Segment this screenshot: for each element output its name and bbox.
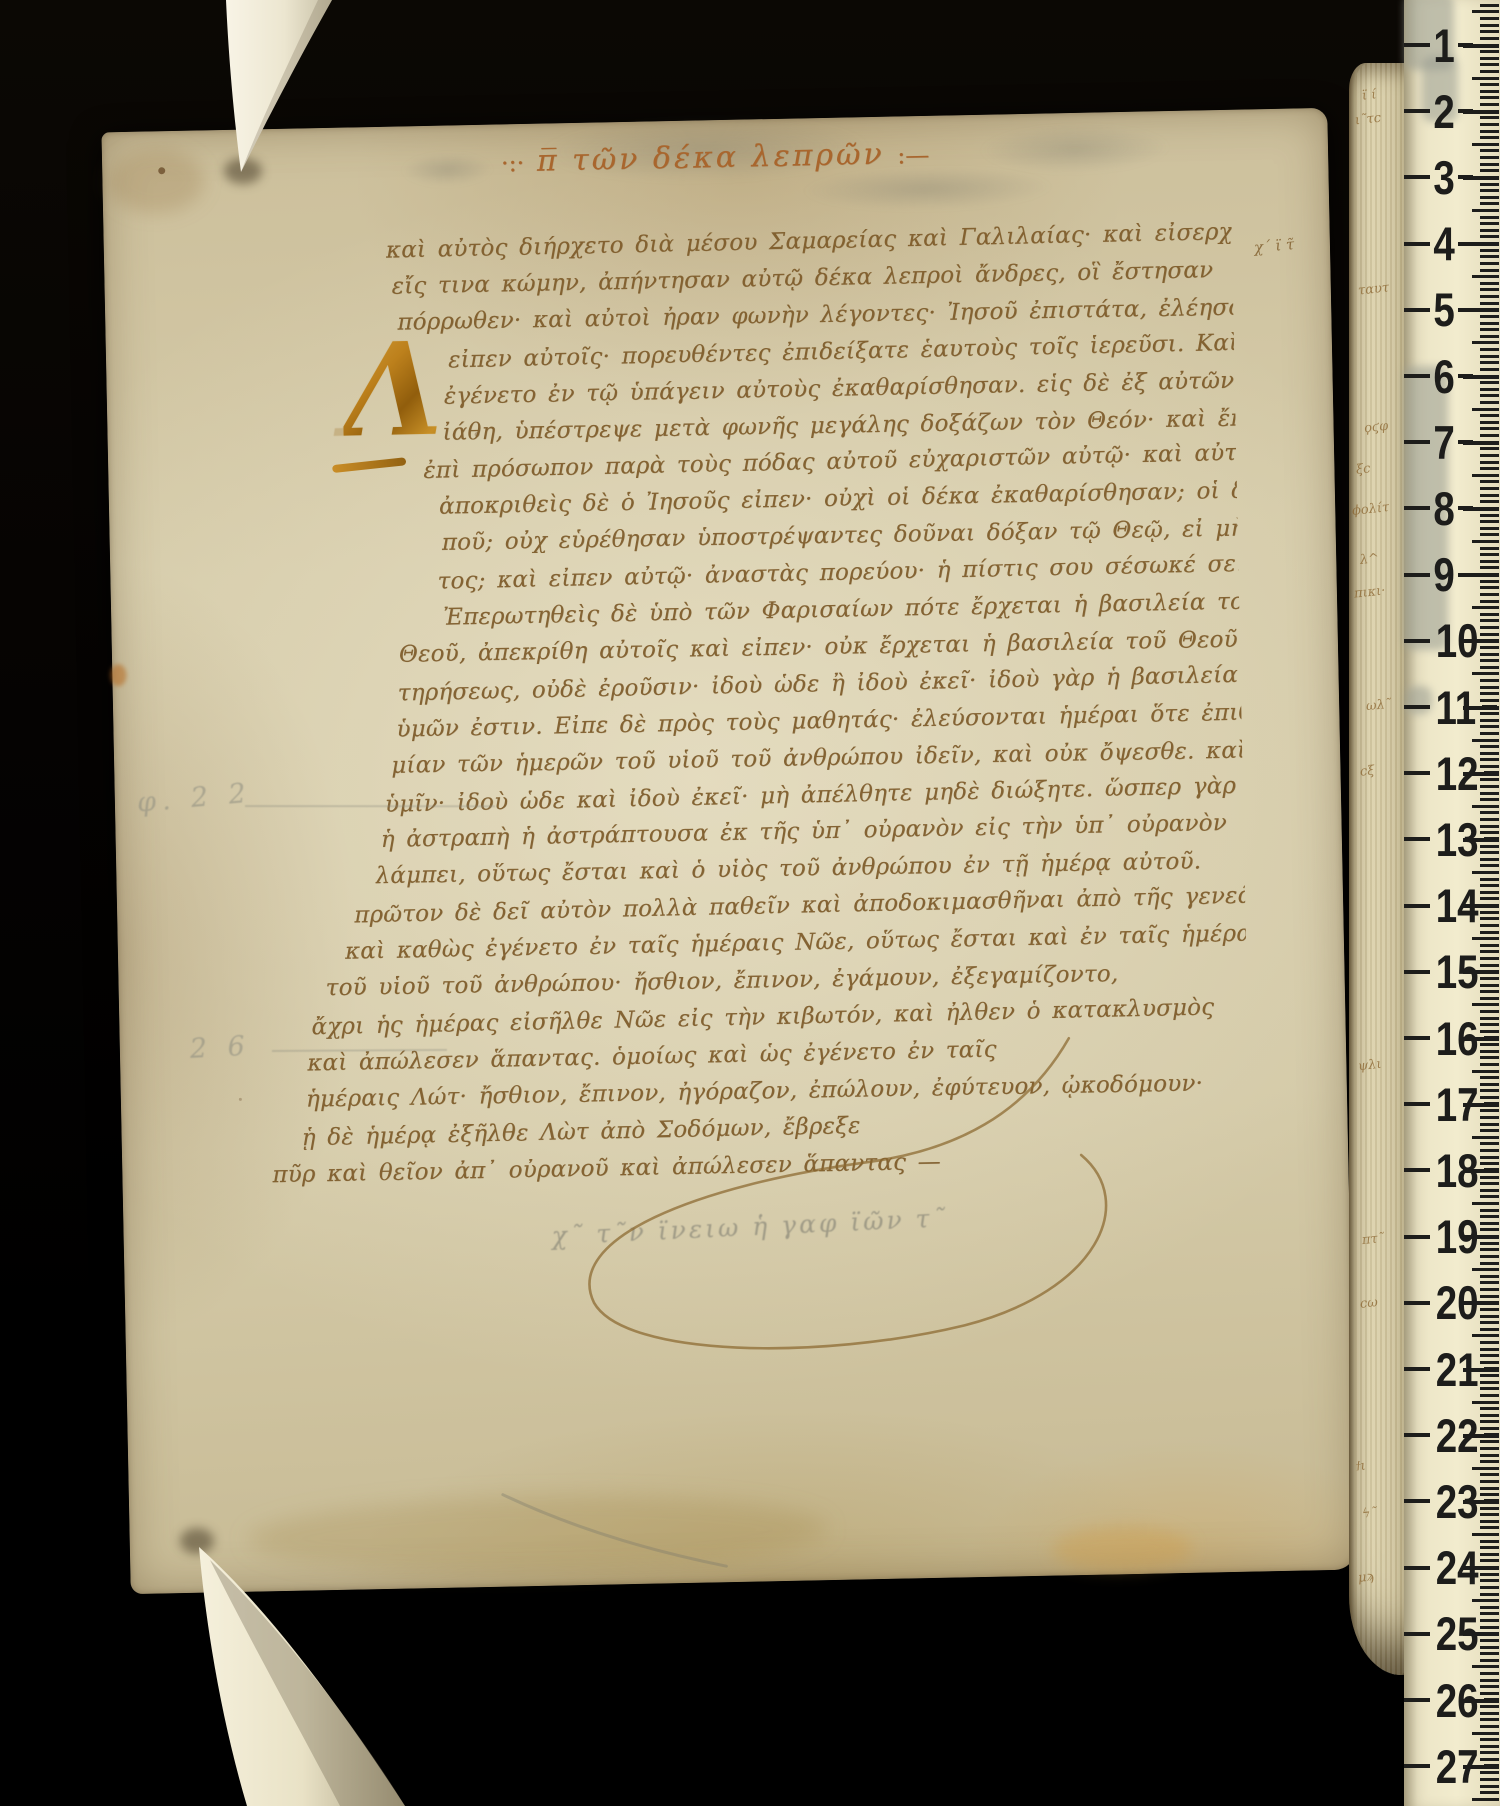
ruler-tick: [1480, 811, 1499, 814]
ruler-tick: [1480, 831, 1499, 834]
ruler-tick: [1472, 275, 1499, 278]
ruler-tick: [1480, 295, 1499, 298]
ruler-tick: [1480, 255, 1499, 258]
ruler-tick: [1480, 461, 1499, 464]
ruler-tick: [1463, 1301, 1499, 1305]
ruler-tick: [1463, 1235, 1499, 1239]
ruler-tick: [1463, 1765, 1499, 1769]
ruler-tick: [1472, 1003, 1499, 1006]
ruler-tick: [1480, 1646, 1499, 1649]
ruler-tick: [1480, 1480, 1499, 1483]
ruler-tick: [1472, 937, 1499, 940]
ruler-tick: [1480, 1063, 1499, 1066]
ruler-tick: [1480, 1341, 1499, 1344]
ruler-tick: [1463, 1368, 1499, 1372]
ruler-number: 5: [1433, 286, 1454, 333]
ruler-tick: [1480, 626, 1499, 629]
ruler-dash: [1404, 1566, 1430, 1570]
ruler-tick: [1480, 1487, 1499, 1490]
ruler-tick: [1463, 507, 1499, 511]
ruler-number: 7: [1433, 419, 1454, 466]
ruler-number: 8: [1433, 485, 1454, 532]
ruler-tick: [1463, 706, 1499, 710]
ruler-dash: [1404, 639, 1430, 643]
ruler-tick: [1472, 1732, 1499, 1735]
folio-fore-edge: ϊ ίι῀τϲταυτϙϛφξϲϕολίτλ^πικι·ωλ῀ϲξψλιπτ῀ϲ…: [1349, 63, 1411, 1675]
photo-backdrop: ·:· π̅ τῶν δέκα λεπρῶν :— Λ καὶ αὐτὸς δι…: [0, 0, 1500, 1806]
ruler-tick: [1463, 573, 1499, 577]
ruler-tick: [1472, 739, 1499, 742]
ruler-tick: [1472, 1136, 1499, 1139]
ruler-number: 6: [1433, 353, 1454, 400]
ruler-number: 2: [1433, 88, 1454, 135]
ruler-tick: [1480, 1089, 1499, 1092]
manuscript-text-line: καὶ καθὼς ἐγένετο ἐν ταῖς ἡμέραις Νῶε, ο…: [345, 923, 1246, 964]
ruler-tick: [1480, 752, 1499, 755]
ruler-tick: [1480, 1308, 1499, 1311]
ruler-tick: [1480, 361, 1499, 364]
manuscript-text-line: ὑμῶν ἐστιν. Εἶπε δὲ πρὸς τοὺς μαθητάς· ἐ…: [396, 701, 1241, 741]
ruler-tick: [1480, 1612, 1499, 1615]
ruler-tick: [1480, 825, 1499, 828]
ruler-tick: [1480, 1626, 1499, 1629]
ruler-tick: [1480, 414, 1499, 417]
ruler-tick: [1480, 83, 1499, 86]
ruler-dash: [1404, 1036, 1430, 1040]
ruler-tick: [1480, 427, 1499, 430]
ruler-tick: [1480, 699, 1499, 702]
manuscript-text-line: πόρρωθεν· καὶ αὐτοὶ ἦραν φωνὴν λέγοντες·…: [397, 296, 1233, 334]
ruler-tick: [1480, 1129, 1499, 1132]
ruler-tick: [1480, 1228, 1499, 1231]
ruler-tick: [1480, 1586, 1499, 1589]
ruler-tick: [1480, 130, 1499, 133]
ruler-tick: [1480, 90, 1499, 93]
manuscript-text-line: ἡ ἀστραπὴ ἡ ἀστράπτουσα ἐκ τῆς ὑπ᾿ οὐραν…: [380, 812, 1227, 852]
ruler-dash: [1404, 308, 1430, 312]
ruler-tick: [1480, 1255, 1499, 1258]
ruler-tick: [1480, 163, 1499, 166]
ruler-tick: [1472, 77, 1499, 80]
ruler-tick: [1480, 1553, 1499, 1556]
fore-edge-fragment: ωλ῀: [1365, 697, 1392, 715]
ruler-tick: [1472, 672, 1499, 675]
ruler-tick: [1480, 235, 1499, 238]
ruler-tick: [1480, 487, 1499, 490]
ruler-number: 9: [1433, 551, 1454, 598]
ruler-dash: [1404, 440, 1430, 444]
ruler-tick: [1480, 1778, 1499, 1781]
ruler-tick: [1480, 1758, 1499, 1761]
flourish-oval: [585, 1038, 1109, 1352]
ruler-tick: [1480, 758, 1499, 761]
ruler-tick: [1480, 1579, 1499, 1582]
ruler-tick: [1480, 580, 1499, 583]
manuscript-text-line: τος; καὶ εἶπεν αὐτῷ· ἀναστὰς πορεύου· ἡ …: [437, 553, 1238, 594]
ruler-tick: [1480, 1712, 1499, 1715]
ruler-tick: [1480, 593, 1499, 596]
ruler-tick: [1480, 533, 1499, 536]
ruler-tick: [1472, 871, 1499, 874]
ruler-dash: [1404, 43, 1430, 47]
ruler-tick: [1480, 984, 1499, 987]
ruler-dash: [1404, 1764, 1430, 1768]
fore-edge-fragment: ψλι: [1357, 1057, 1382, 1074]
ruler-tick: [1463, 1566, 1499, 1570]
ruler-tick: [1480, 950, 1499, 953]
weight-tip-shadow: [224, 158, 262, 184]
ruler-tick: [1480, 527, 1499, 530]
ruler-tick: [1480, 619, 1499, 622]
ruler-tick: [1463, 838, 1499, 842]
ruler-tick: [1480, 322, 1499, 325]
ruler-tick: [1480, 335, 1499, 338]
ruler-tick: [1480, 1573, 1499, 1576]
ruler-tick: [1480, 1440, 1499, 1443]
ruler-tick: [1480, 434, 1499, 437]
ruler-tick: [1463, 375, 1499, 379]
ruler-tick: [1480, 1546, 1499, 1549]
ruler-tick: [1480, 302, 1499, 305]
ruler-dash: [1404, 1102, 1430, 1106]
ruler-tick: [1480, 30, 1499, 33]
ruler-tick: [1463, 176, 1499, 180]
flourish-grey-stroke: [503, 1490, 726, 1570]
ruler-tick: [1472, 805, 1499, 808]
ruler-tick: [1480, 189, 1499, 192]
ruler-tick: [1480, 1679, 1499, 1682]
ruler-tick: [1480, 1394, 1499, 1397]
ruler-tick: [1463, 308, 1499, 312]
ruler-tick: [1463, 970, 1499, 974]
manuscript-text-line: ποῦ; οὐχ εὑρέθησαν ὑποστρέψαντες δοῦναι …: [442, 518, 1238, 555]
ruler-tick: [1480, 884, 1499, 887]
ruler-tick: [1463, 1434, 1499, 1438]
ruler-tick: [1480, 1454, 1499, 1457]
ruler-tick: [1472, 341, 1499, 344]
ruler-tick: [1480, 1023, 1499, 1026]
ruler-tick: [1480, 222, 1499, 225]
ruler-tick: [1480, 1176, 1499, 1179]
manuscript-text-line: ἰάθη, ὑπέστρεψε μετὰ φωνῆς μεγάλης δοξάζ…: [442, 407, 1235, 444]
ruler-tick: [1472, 143, 1499, 146]
fore-edge-fragment: ξϲ: [1355, 461, 1371, 477]
ruler-tick: [1480, 964, 1499, 967]
ruler-tick: [1480, 864, 1499, 867]
ruler-dash: [1404, 175, 1430, 179]
ruler-tick: [1480, 401, 1499, 404]
ruler-tick: [1480, 646, 1499, 649]
ruler-tick: [1480, 183, 1499, 186]
ruler-tick: [1480, 613, 1499, 616]
ruler-tick: [1472, 1467, 1499, 1470]
ruler-tick: [1463, 1169, 1499, 1173]
ruler-tick: [1480, 1288, 1499, 1291]
ruler-tick: [1463, 242, 1499, 246]
ruler-tick: [1480, 1043, 1499, 1046]
ruler-tick: [1480, 798, 1499, 801]
ruler-tick: [1480, 553, 1499, 556]
pen-flourish: [353, 1011, 1185, 1627]
ruler-tick: [1480, 1427, 1499, 1430]
ruler-tick: [1480, 911, 1499, 914]
ruler-tick: [1480, 917, 1499, 920]
ruler-tick: [1480, 1672, 1499, 1675]
ruler-tick: [1480, 990, 1499, 993]
measuring-ruler: 1234567891011121314151617181920212223242…: [1404, 0, 1500, 1806]
ruler-tick: [1480, 1513, 1499, 1516]
ruler-number: 1: [1433, 22, 1454, 69]
ruler-tick: [1472, 1202, 1499, 1205]
ruler-tick: [1463, 772, 1499, 776]
ruler-dash: [1404, 109, 1430, 113]
ruler-tick: [1463, 44, 1499, 48]
ruler-tick: [1480, 1275, 1499, 1278]
ruler-tick: [1463, 1103, 1499, 1107]
manuscript-text-line: ἐγένετο ἐν τῷ ὑπάγειν αὐτοὺς ἐκαθαρίσθησ…: [444, 369, 1235, 408]
ruler-tick: [1480, 765, 1499, 768]
manuscript-text-line: Ἐπερωτηθεὶς δὲ ὑπὸ τῶν Φαρισαίων πότε ἔρ…: [443, 591, 1239, 630]
ruler-tick: [1480, 1652, 1499, 1655]
ruler-tick: [1472, 1268, 1499, 1271]
ruler-tick: [1480, 1473, 1499, 1476]
ruler-tick: [1463, 639, 1499, 643]
ruler-tick: [1480, 732, 1499, 735]
ruler-tick: [1480, 24, 1499, 27]
fore-edge-fragment: ϙϛφ: [1363, 419, 1389, 436]
fore-edge-fragment: ϲξ: [1359, 763, 1375, 779]
ruler-tick: [1480, 1659, 1499, 1662]
ruler-tick: [1472, 474, 1499, 477]
ruler-tick: [1480, 1785, 1499, 1788]
ruler-tick: [1480, 851, 1499, 854]
ruler-tick: [1480, 1387, 1499, 1390]
ruler-tick: [1480, 1348, 1499, 1351]
ruler-tick: [1480, 1460, 1499, 1463]
fore-edge-fragment: ϊ ί: [1361, 87, 1377, 103]
ruler-tick: [1480, 1493, 1499, 1496]
manuscript-text-line: πρῶτον δὲ δεῖ αὐτὸν πολλὰ παθεῖν καὶ ἀπο…: [354, 885, 1245, 928]
ruler-tick: [1480, 480, 1499, 483]
pencil-foliation-note-lower: 2 6: [189, 1031, 252, 1065]
ruler-tick: [1480, 818, 1499, 821]
ruler-tick: [1480, 1791, 1499, 1794]
ruler-tick: [1480, 1705, 1499, 1708]
ruler-tick: [1472, 1334, 1499, 1337]
ruler-tick: [1480, 745, 1499, 748]
fore-edge-fragment: ι῀τϲ: [1354, 111, 1382, 129]
ruler-tick: [1480, 600, 1499, 603]
pencil-stroke: [245, 805, 495, 807]
ruler-tick: [1480, 1083, 1499, 1086]
manuscript-text-line: τοῦ υἱοῦ τοῦ ἀνθρώπου· ἤσθιον, ἔπινον, ἐ…: [325, 963, 1118, 1000]
ruler-tick: [1480, 149, 1499, 152]
manuscript-text-line: εἶπεν αὐτοῖς· πορευθέντες ἐπιδείξατε ἑαυ…: [448, 332, 1234, 372]
ruler-tick: [1472, 1401, 1499, 1404]
ruler-tick: [1463, 1632, 1499, 1636]
ruler-tick: [1472, 1533, 1499, 1536]
ruler-tick: [1480, 1116, 1499, 1119]
ruler-dash: [1404, 242, 1430, 246]
ruler-tick: [1480, 1209, 1499, 1212]
ruler-tick: [1480, 37, 1499, 40]
ruler-tick: [1472, 1070, 1499, 1073]
ruler-tick: [1480, 1540, 1499, 1543]
ruler-tick: [1480, 262, 1499, 265]
fore-edge-fragment: ταυτ: [1357, 280, 1389, 298]
ruler-tick: [1480, 1195, 1499, 1198]
ruler-dash: [1404, 1367, 1430, 1371]
ruler-tick: [1480, 116, 1499, 119]
manuscript-page: ·:· π̅ τῶν δέκα λεπρῶν :— Λ καὶ αὐτὸς δι…: [101, 108, 1356, 1594]
ruler-tick: [1472, 209, 1499, 212]
ruler-tick: [1480, 269, 1499, 272]
ruler-tick: [1480, 633, 1499, 636]
ruler-tick: [1480, 1030, 1499, 1033]
ruler-tick: [1480, 355, 1499, 358]
manuscript-text-line: λάμπει, οὕτως ἔσται καὶ ὁ υἱὸς τοῦ ἀνθρώ…: [375, 851, 1201, 889]
manuscript-text-line: τηρήσεως, οὐδὲ ἐροῦσιν· ἰδοὺ ὧδε ἢ ἰδοὺ …: [398, 664, 1241, 706]
ruler-dash: [1404, 904, 1430, 908]
ruler-dash: [1404, 970, 1430, 974]
ruler-tick: [1480, 1606, 1499, 1609]
fore-edge-fragment: ϲω: [1359, 1295, 1378, 1312]
ruler-tick: [1480, 394, 1499, 397]
ruler-tick: [1480, 1361, 1499, 1364]
ruler-tick: [1480, 1718, 1499, 1721]
ruler-tick: [1480, 686, 1499, 689]
ruler-tick: [1480, 196, 1499, 199]
ruler-tick: [1480, 63, 1499, 66]
ruler-tick: [1480, 692, 1499, 695]
ruler-tick: [1480, 931, 1499, 934]
ruler-tick: [1480, 944, 1499, 947]
ruler-tick: [1472, 1665, 1499, 1668]
ruler-tick: [1472, 10, 1499, 13]
ruler-tick: [1480, 1414, 1499, 1417]
ruler-tick: [1480, 136, 1499, 139]
fore-edge-fragment: ϟ῀: [1361, 1505, 1378, 1521]
ruler-tick: [1480, 566, 1499, 569]
weight-tip-shadow: [180, 1528, 214, 1554]
ruler-tick: [1480, 1321, 1499, 1324]
fore-edge-fragment: πικι·: [1353, 583, 1386, 601]
ruler-tick: [1480, 719, 1499, 722]
ruler-tick: [1480, 1407, 1499, 1410]
ruler-number: 3: [1433, 154, 1454, 201]
ruler-tick: [1480, 57, 1499, 60]
ruler-tick: [1480, 1248, 1499, 1251]
ruler-tick: [1480, 249, 1499, 252]
ruler-dash: [1404, 506, 1430, 510]
manuscript-text-line: Θεοῦ, ἀπεκρίθη αὐτοῖς καὶ εἶπεν· οὐκ ἔρχ…: [399, 628, 1240, 666]
manuscript-text-line: καὶ αὐτὸς διήρχετο διὰ μέσου Σαμαρείας κ…: [386, 221, 1232, 263]
ruler-tick: [1480, 1593, 1499, 1596]
fore-edge-fragment: λ^: [1359, 551, 1380, 568]
ruler-tick: [1472, 1599, 1499, 1602]
manuscript-text-line: εἴς τινα κώμην, ἀπήντησαν αὐτῷ δέκα λεπρ…: [391, 259, 1213, 298]
ruler-dash: [1404, 771, 1430, 775]
ruler-tick: [1480, 712, 1499, 715]
ruler-tick: [1480, 547, 1499, 550]
fore-edge-fragment: μϡ: [1357, 1569, 1374, 1586]
ruler-dash: [1404, 1301, 1430, 1305]
ruler-tick: [1480, 977, 1499, 980]
ruler-tick: [1480, 1639, 1499, 1642]
ruler-tick: [1480, 1096, 1499, 1099]
ruler-tick: [1480, 1315, 1499, 1318]
ruler-tick: [1480, 858, 1499, 861]
ruler-tick: [1480, 1507, 1499, 1510]
ruler-tick: [1480, 679, 1499, 682]
ruler-tick: [1480, 103, 1499, 106]
ruler-tick: [1480, 1222, 1499, 1225]
ruler-dash: [1404, 705, 1430, 709]
ruler-tick: [1480, 467, 1499, 470]
ruler-tick: [1480, 1328, 1499, 1331]
manuscript-text-line: ἐπὶ πρόσωπον παρὰ τοὺς πόδας αὐτοῦ εὐχαρ…: [423, 442, 1236, 483]
ruler-dash: [1404, 1235, 1430, 1239]
ruler-tick: [1480, 50, 1499, 53]
ruler-tick: [1480, 1017, 1499, 1020]
ruler-tick: [1480, 1738, 1499, 1741]
ruler-tick: [1480, 494, 1499, 497]
ruler-tick: [1480, 1526, 1499, 1529]
ruler-dash: [1404, 573, 1430, 577]
ruler-tick: [1480, 897, 1499, 900]
ruler-tick: [1480, 1420, 1499, 1423]
ruler-tick: [1480, 792, 1499, 795]
ruler-tick: [1480, 1162, 1499, 1165]
ruler-tick: [1472, 408, 1499, 411]
ruler-tick: [1480, 653, 1499, 656]
manuscript-text-line: μίαν τῶν ἡμερῶν τοῦ υἱοῦ τοῦ ἀνθρώπου ἰδ…: [391, 739, 1242, 777]
ruler-dash: [1404, 374, 1430, 378]
ruler-tick: [1480, 845, 1499, 848]
ruler-tick: [1480, 288, 1499, 291]
ruler-number: 4: [1433, 220, 1454, 267]
fore-edge-fragment: πτ῀: [1361, 1231, 1385, 1248]
ruler-tick: [1480, 1374, 1499, 1377]
ruler-tick: [1480, 1559, 1499, 1562]
ruler-tick: [1480, 1354, 1499, 1357]
ruler-tick: [1480, 1751, 1499, 1754]
ruler-tick: [1480, 1242, 1499, 1245]
ruler-tick: [1480, 1771, 1499, 1774]
ruler-tick: [1480, 4, 1499, 7]
ruler-tick: [1480, 1685, 1499, 1688]
ruler-tick: [1480, 1156, 1499, 1159]
ruler-tick: [1480, 666, 1499, 669]
ruler-tick: [1480, 1182, 1499, 1185]
ruler-tick: [1463, 1037, 1499, 1041]
fore-edge-fragment: ϕολίτ: [1351, 500, 1390, 519]
ruler-tick: [1480, 447, 1499, 450]
ruler-tick: [1480, 229, 1499, 232]
ruler-tick: [1480, 328, 1499, 331]
ruler-dash: [1404, 1499, 1430, 1503]
ruler-tick: [1480, 348, 1499, 351]
right-margin-note: χ´ ϊ τ̃: [1253, 235, 1295, 257]
manuscript-text-line: ὑμῖν· ἰδοὺ ὧδε καὶ ἰδοὺ ἐκεῖ· μὴ ἀπέλθητ…: [385, 774, 1237, 816]
ruler-tick: [1480, 70, 1499, 73]
ruler-tick: [1480, 1381, 1499, 1384]
ruler-tick: [1480, 1745, 1499, 1748]
ruler-tick: [1480, 1619, 1499, 1622]
ruler-dash: [1404, 1433, 1430, 1437]
ruler-tick: [1480, 381, 1499, 384]
ruler-tick: [1480, 1010, 1499, 1013]
